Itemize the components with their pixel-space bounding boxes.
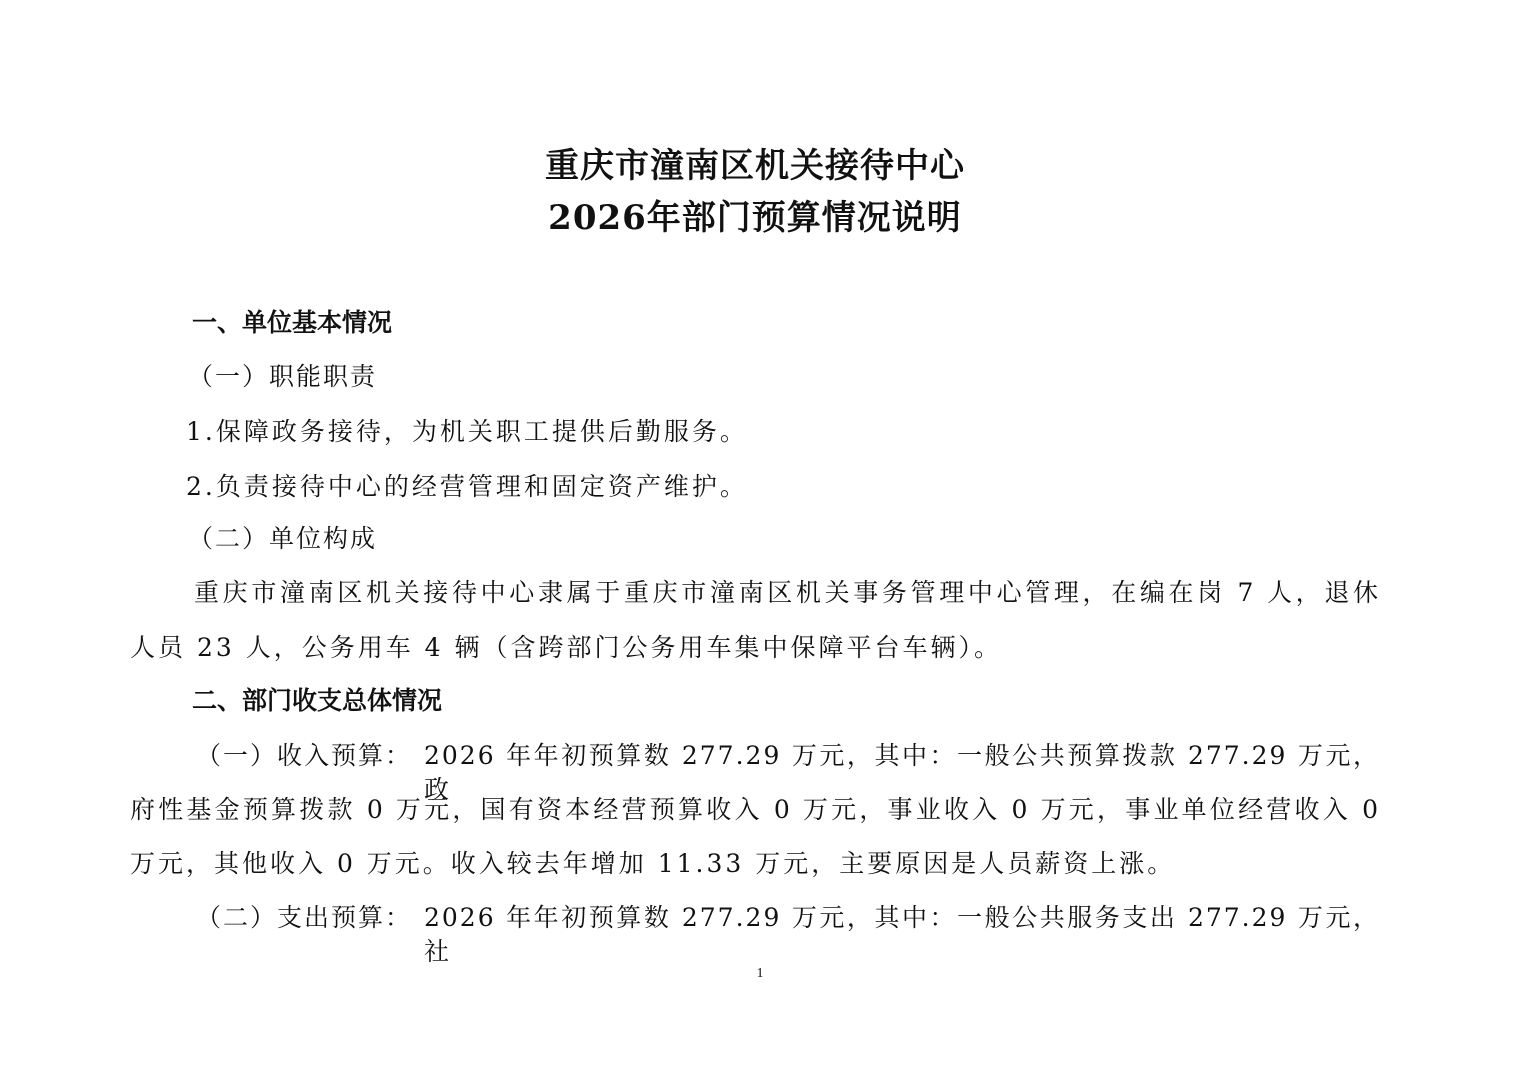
composition-paragraph-line1: 重庆市潼南区机关接待中心隶属于重庆市潼南区机关事务管理中心管理，在编在岗 7 人… <box>194 576 1380 610</box>
section-heading-1: 一、单位基本情况 <box>192 306 392 340</box>
duty-item-2: 2.负责接待中心的经营管理和固定资产维护。 <box>186 470 748 504</box>
duty-item-1: 1.保障政务接待，为机关职工提供后勤服务。 <box>186 415 748 449</box>
income-budget-line2: 府性基金预算拨款 0 万元，国有资本经营预算收入 0 万元，事业收入 0 万元，… <box>130 793 1380 827</box>
document-title-line2: 2026年部门预算情况说明 <box>0 190 1510 239</box>
document-title-line1: 重庆市潼南区机关接待中心 <box>0 138 1510 187</box>
section-heading-2: 二、部门收支总体情况 <box>192 684 442 718</box>
composition-paragraph-line2: 人员 23 人，公务用车 4 辆（含跨部门公务用车集中保障平台车辆）。 <box>130 631 1380 665</box>
expense-budget-line1: 2026 年年初预算数 277.29 万元，其中：一般公共服务支出 277.29… <box>424 901 1380 969</box>
subheading-duties: （一）职能职责 <box>188 360 377 394</box>
income-budget-label: （一）收入预算： <box>196 739 412 773</box>
subheading-composition: （二）单位构成 <box>188 522 377 556</box>
page-number: 1 <box>0 966 1520 982</box>
income-budget-line3: 万元，其他收入 0 万元。收入较去年增加 11.33 万元，主要原因是人员薪资上… <box>130 847 1380 881</box>
expense-budget-label: （二）支出预算： <box>196 901 412 935</box>
